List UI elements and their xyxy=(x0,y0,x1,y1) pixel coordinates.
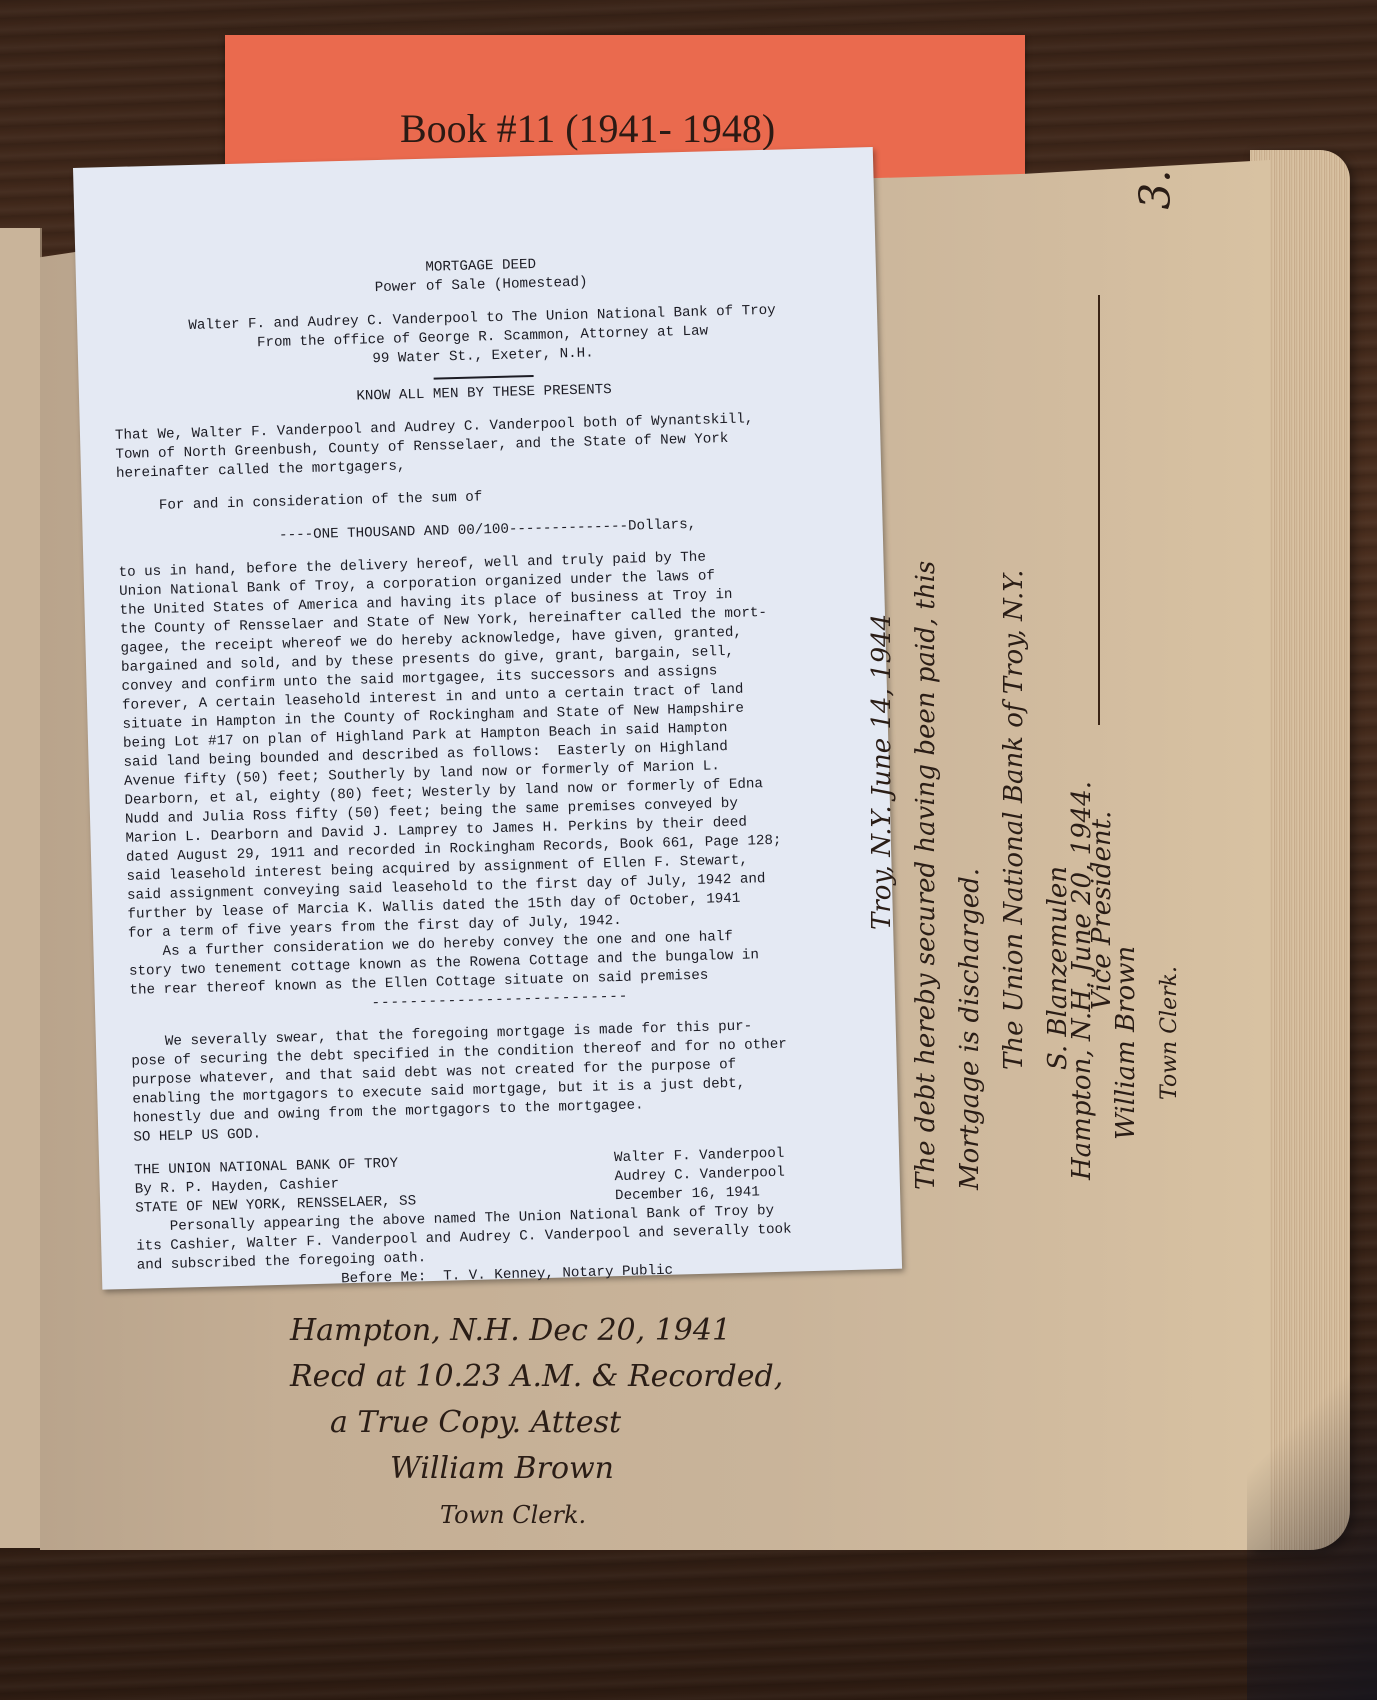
page-number: 3. xyxy=(1131,169,1180,209)
clerk-signature: William Brown xyxy=(290,1446,783,1492)
discharge-clerk-title: Town Clerk. xyxy=(1148,781,1192,1180)
folder-label-title: Book #11 (1941- 1948) xyxy=(400,105,775,152)
corner-shadow xyxy=(1247,1320,1377,1700)
discharge-text: Mortgage is discharged. xyxy=(948,561,992,1190)
mortgage-deed-document: MORTGAGE DEED Power of Sale (Homestead) … xyxy=(73,147,902,1290)
recording-note: Hampton, N.H. Dec 20, 1941 Recd at 10.23… xyxy=(290,1308,783,1538)
recording-time: Recd at 10.23 A.M. & Recorded, xyxy=(290,1354,783,1400)
divider-rule xyxy=(434,375,534,380)
recording-place-date: Hampton, N.H. Dec 20, 1941 xyxy=(290,1308,783,1354)
discharge-recorded-date: Hampton, N.H. June 20, 1944. xyxy=(1060,781,1104,1180)
discharge-clerk: William Brown xyxy=(1104,781,1148,1180)
clerk-title: Town Clerk. xyxy=(290,1492,783,1538)
margin-rule xyxy=(1098,295,1100,725)
discharge-bank: The Union National Bank of Troy, N.Y. xyxy=(992,561,1036,1190)
discharge-recording-note: Hampton, N.H. June 20, 1944. William Bro… xyxy=(1060,781,1192,1180)
discharge-place-date: Troy, N.Y. June 14, 1944 xyxy=(860,561,904,1190)
attest-line: a True Copy. Attest xyxy=(290,1400,783,1446)
left-page-edge xyxy=(0,228,42,1548)
discharge-text: The debt hereby secured having been paid… xyxy=(904,561,948,1190)
